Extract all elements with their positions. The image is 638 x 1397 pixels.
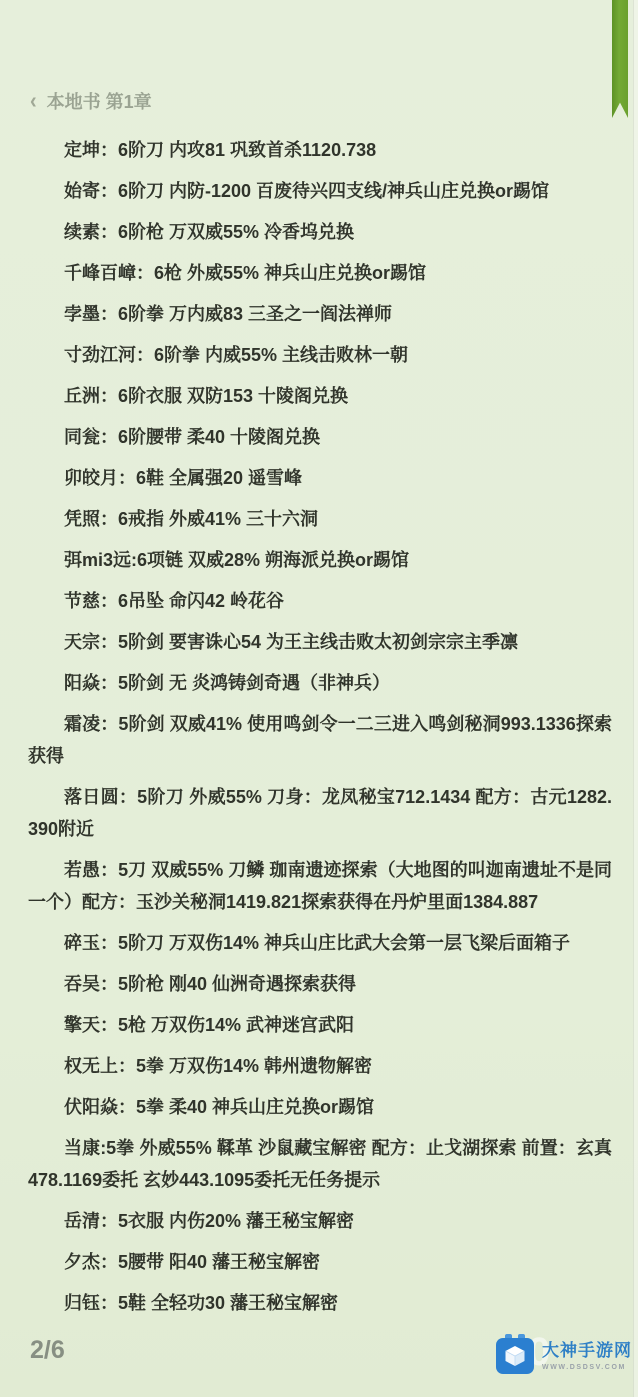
text-paragraph: 归钰：5鞋 全轻功30 藩王秘宝解密 [28, 1287, 612, 1319]
text-paragraph: 弭mi3远:6项链 双威28% 朔海派兑换or踢馆 [28, 544, 612, 576]
text-paragraph: 凭照：6戒指 外威41% 三十六洞 [28, 503, 612, 535]
text-paragraph: 始寄：6阶刀 内防-1200 百废待兴四支线/神兵山庄兑换or踢馆 [28, 175, 612, 207]
book-chapter-title: 本地书 第1章 [47, 88, 152, 114]
text-paragraph: 天宗：5阶剑 要害诛心54 为王主线击败太初剑宗宗主季凛 [28, 626, 612, 658]
bookmark-ribbon [612, 0, 628, 118]
text-paragraph: 伏阳焱：5拳 柔40 神兵山庄兑换or踢馆 [28, 1091, 612, 1123]
watermark-site-name: 大神手游网 [542, 1342, 632, 1361]
page-indicator: 2/6 [30, 1336, 65, 1365]
site-watermark: 大神手游网 WWW.DSDSV.COM [496, 1334, 632, 1379]
text-paragraph: 孛墨：6阶拳 万内威83 三圣之一阎法禅师 [28, 298, 612, 330]
text-paragraph: 夕杰：5腰带 阳40 藩王秘宝解密 [28, 1246, 612, 1278]
text-paragraph: 权无上：5拳 万双伤14% 韩州遗物解密 [28, 1050, 612, 1082]
watermark-site-url: WWW.DSDSV.COM [542, 1364, 632, 1372]
text-paragraph: 霜凌：5阶剑 双威41% 使用鸣剑令一二三进入鸣剑秘洞993.1336探索获得 [28, 708, 612, 772]
text-paragraph: 擎天：5枪 万双伤14% 武神迷宫武阳 [28, 1009, 612, 1041]
text-paragraph: 丘洲：6阶衣服 双防153 十陵阁兑换 [28, 380, 612, 412]
text-paragraph: 寸劲江河：6阶拳 内威55% 主线击败林一朝 [28, 339, 612, 371]
text-paragraph: 阳焱：5阶剑 无 炎鸿铸剑奇遇（非神兵） [28, 667, 612, 699]
text-paragraph: 碎玉：5阶刀 万双伤14% 神兵山庄比武大会第一层飞梁后面箱子 [28, 927, 612, 959]
back-icon[interactable]: ‹ [30, 90, 37, 113]
text-paragraph: 当康:5拳 外威55% 鞣革 沙鼠藏宝解密 配方：止戈湖探索 前置：玄真478.… [28, 1132, 612, 1196]
text-paragraph: 续素：6阶枪 万双威55% 冷香坞兑换 [28, 216, 612, 248]
text-paragraph: 落日圆：5阶刀 外威55% 刀身：龙凤秘宝712.1434 配方：古元1282.… [28, 781, 612, 845]
chapter-text-area[interactable]: 定坤：6阶刀 内攻81 巩致首杀1120.738始寄：6阶刀 内防-1200 百… [0, 134, 638, 1328]
text-paragraph: 千峰百嶂：6枪 外威55% 神兵山庄兑换or踢馆 [28, 257, 612, 289]
watermark-cube-icon [496, 1334, 534, 1379]
text-paragraph: 节慈：6吊坠 命闪42 岭花谷 [28, 585, 612, 617]
text-paragraph: 吞吴：5阶枪 刚40 仙洲奇遇探索获得 [28, 968, 612, 1000]
text-paragraph: 定坤：6阶刀 内攻81 巩致首杀1120.738 [28, 134, 612, 166]
text-paragraph: 同瓮：6阶腰带 柔40 十陵阁兑换 [28, 421, 612, 453]
reader-header[interactable]: ‹ 本地书 第1章 [30, 88, 152, 114]
text-paragraph: 若愚：5刀 双威55% 刀鳞 珈南遗迹探索（大地图的叫迦南遗址不是同一个）配方：… [28, 854, 612, 918]
watermark-text: 大神手游网 WWW.DSDSV.COM [542, 1342, 632, 1371]
text-paragraph: 卯皎月：6鞋 全属强20 遥雪峰 [28, 462, 612, 494]
text-paragraph: 岳清：5衣服 内伤20% 藩王秘宝解密 [28, 1205, 612, 1237]
